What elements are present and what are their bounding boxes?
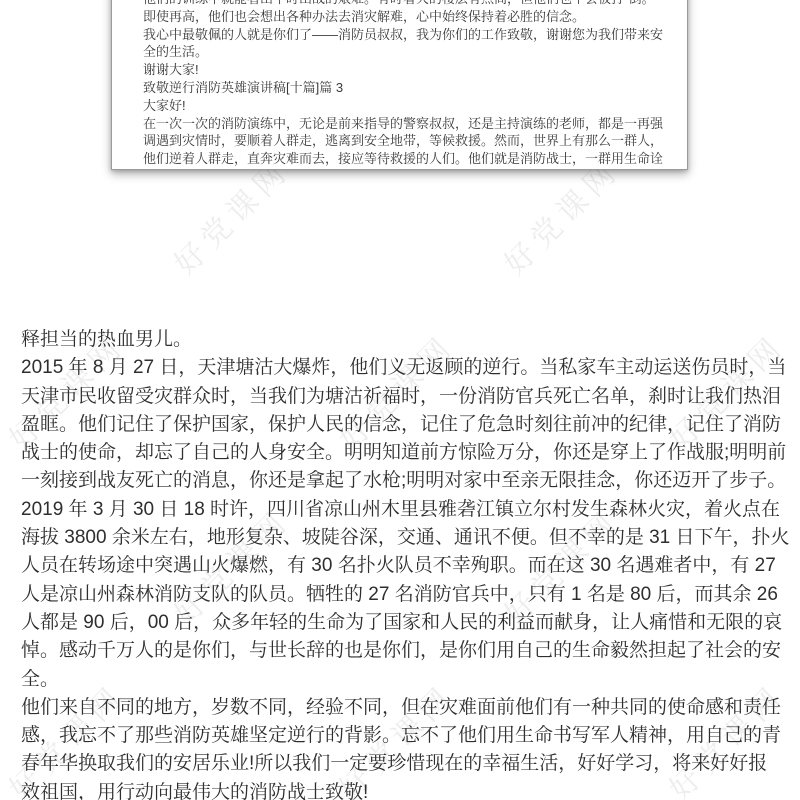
page-text-line: 调遇到灾情时，要顺着人群走，逃离到安全地带，等候救援。然而，世界上有那么一群人， (143, 132, 661, 150)
body-text-line: 悼。感动千万人的是你们，与世长辞的也是你们，是你们用自己的生命毅然担起了社会的安 (21, 637, 790, 665)
page-text-line: 即使再高，他们也会想出各种办法去消灾解难，心中始终保持着必胜的信念。 (143, 8, 661, 26)
document-preview-screen: 好党课网好党课网好党课网好党课网好党课网好党课网好党课网好党课网好党课网好党课网… (0, 0, 800, 800)
page-text-line: 致敬逆行消防英雄演讲稿[十篇]篇 3 (143, 79, 661, 97)
body-text-line: 人是凉山州森林消防支队的队员。牺牲的 27 名消防官兵中，只有 1 名是 80 … (21, 581, 790, 609)
page-text-line: 谢谢大家! (143, 61, 661, 79)
body-text-line: 人员在转场途中突遇山火爆燃，有 30 名扑火队员不幸殉职。而在这 30 名遇难者… (21, 552, 790, 580)
body-text-line: 一刻接到战友死亡的消息，你还是拿起了水枪;明明对家中至亲无限挂念，你还迈开了步子… (21, 467, 790, 495)
page-text-line: 全的生活。 (143, 43, 661, 61)
body-text-line: 释担当的热血男儿。 (21, 326, 790, 354)
body-text-line: 2019 年 3 月 30 日 18 时许，四川省凉山州木里县雅砻江镇立尔村发生… (21, 496, 790, 524)
page-text-line: 他们逆着人群走，直奔灾难而去，接应等待救援的人们。他们就是消防战士，一群用生命诠 (143, 150, 661, 168)
page-text-line: 在一次一次的消防演练中，无论是前来指导的警察叔叔，还是主持演练的老师，都是一再强 (143, 115, 661, 133)
body-text-line: 天津市民收留受灾群众时，当我们为塘沽祈福时，一份消防官兵死亡名单，刹时让我们热泪 (21, 383, 790, 411)
page-text-line: 我心中最敬佩的人就是你们了——消防员叔叔，我为你们的工作致敬，谢谢您为我们带来安 (143, 26, 661, 44)
body-text-line: 海拔 3800 余米左右，地形复杂、坡陡谷深，交通、通讯不便。但不幸的是 31 … (21, 524, 790, 552)
body-text-line: 2015 年 8 月 27 日，天津塘沽大爆炸，他们义无返顾的逆行。当私家车主动… (21, 354, 790, 382)
body-text-line: 全。 (21, 666, 790, 694)
page-preview-sheet: 他们的训练中就能看出平时出战的艰难。有时着火的楼层有点高，但他们也不会被打"倒。… (111, 0, 688, 170)
body-text-line: 战士的使命，却忘了自己的人身安全。明明知道前方惊险万分，你还是穿上了作战服;明明… (21, 439, 790, 467)
page-text-line: 他们的训练中就能看出平时出战的艰难。有时着火的楼层有点高，但他们也不会被打"倒。 (143, 0, 661, 8)
page-text-line: 大家好! (143, 97, 661, 115)
body-text-line: 他们来自不同的地方，岁数不同，经验不同，但在灾难面前他们有一种共同的使命感和责任 (21, 694, 790, 722)
document-body-text: 释担当的热血男儿。 2015 年 8 月 27 日，天津塘沽大爆炸，他们义无返顾… (21, 326, 790, 800)
body-text-line: 效祖国，用行动向最伟大的消防战士致敬! (21, 779, 790, 800)
body-text-line: 感，我忘不了那些消防英雄坚定逆行的背影。忘不了他们用生命书写军人精神，用自己的青 (21, 722, 790, 750)
body-text-line: 盈眶。他们记住了保护国家，保护人民的信念，记住了危急时刻往前冲的纪律，记住了消防 (21, 411, 790, 439)
body-text-line: 人都是 90 后，00 后，众多年轻的生命为了国家和人民的利益而献身，让人痛惜和… (21, 609, 790, 637)
body-text-line: 春年华换取我们的安居乐业!所以我们一定要珍惜现在的幸福生活，好好学习，将来好好报 (21, 750, 790, 778)
